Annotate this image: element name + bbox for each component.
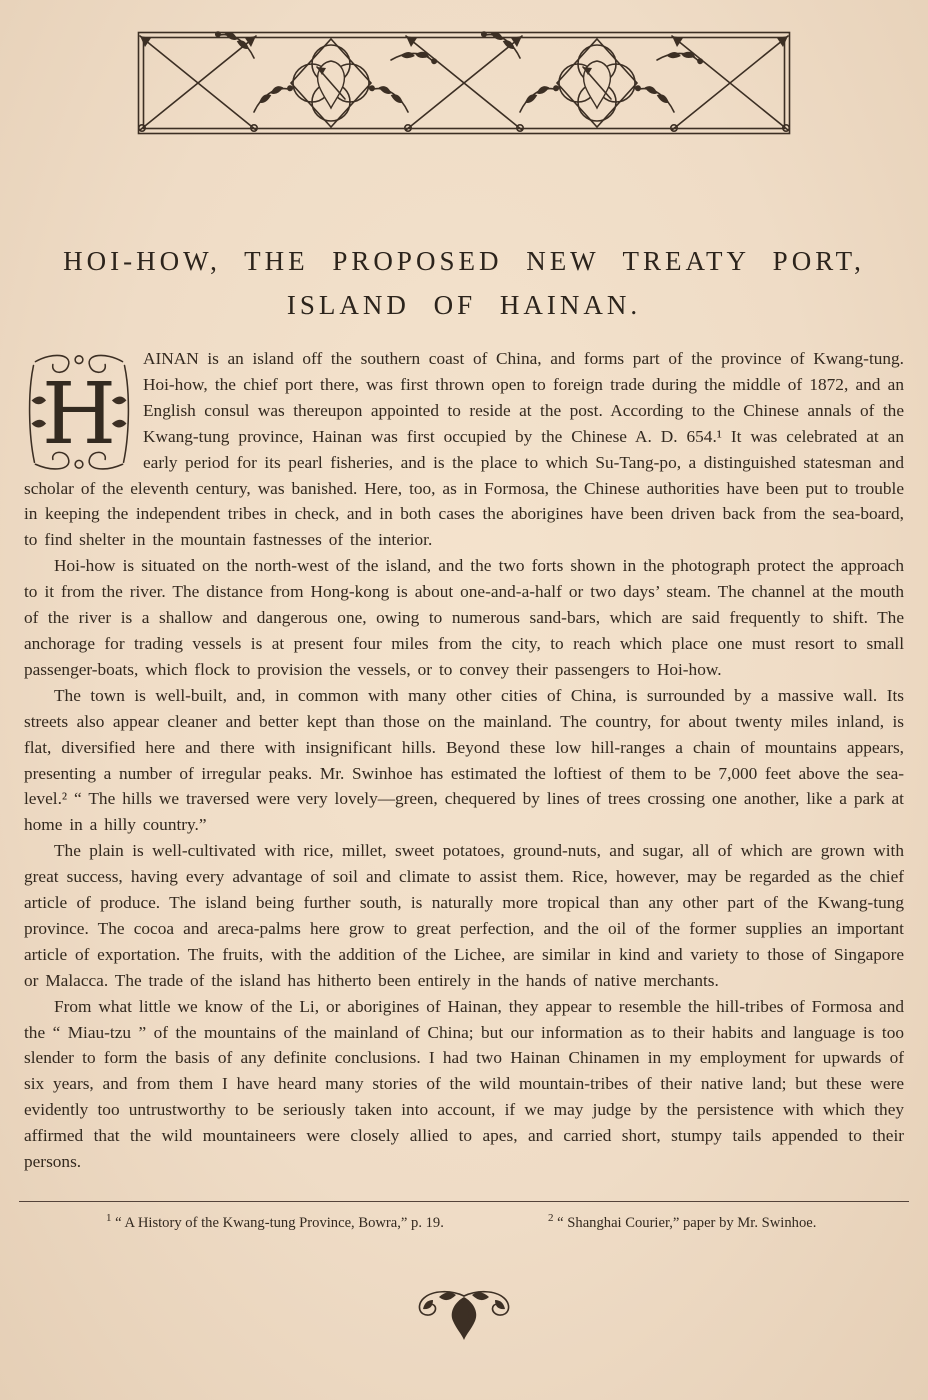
paragraph-5: From what little we know of the Li, or a…: [24, 994, 904, 1175]
paragraph-3: The town is well-built, and, in common w…: [24, 683, 904, 838]
woodcut-band-icon: [136, 30, 792, 136]
footnote-text: “ Shanghai Courier,” paper by Mr. Swinho…: [557, 1215, 816, 1231]
ornate-initial-icon: H: [24, 350, 134, 472]
footnote-marker-1: 1: [106, 1212, 112, 1224]
footnote-divider: [19, 1201, 909, 1202]
acanthus-tailpiece-icon: [408, 1289, 520, 1343]
tailpiece-ornament: [408, 1289, 520, 1343]
footnote-1: 1 “ A History of the Kwang-tung Province…: [106, 1215, 444, 1232]
title-line-1: HOI-HOW, THE PROPOSED NEW TREATY PORT,: [0, 246, 928, 277]
footnote-2: 2 “ Shanghai Courier,” paper by Mr. Swin…: [548, 1215, 816, 1232]
paragraph-text: AINAN is an island off the southern coas…: [24, 349, 904, 549]
article-body: H AINAN is an island off the southern co…: [24, 346, 904, 1175]
paragraph-text: The town is well-built, and, in common w…: [24, 686, 904, 835]
drop-cap-initial: H: [24, 350, 134, 472]
book-page: HOI-HOW, THE PROPOSED NEW TREATY PORT, I…: [0, 0, 928, 1400]
footnote-marker-2: 2: [548, 1212, 554, 1224]
paragraph-1: H AINAN is an island off the southern co…: [24, 346, 904, 553]
footnote-text: “ A History of the Kwang-tung Province, …: [115, 1215, 444, 1231]
paragraph-text: The plain is well-cultivated with rice, …: [24, 841, 904, 990]
title-line-2: ISLAND OF HAINAN.: [0, 290, 928, 321]
page-title: HOI-HOW, THE PROPOSED NEW TREATY PORT, I…: [0, 246, 928, 321]
header-ornament-band: [136, 30, 792, 136]
footnotes: 1 “ A History of the Kwang-tung Province…: [0, 1215, 928, 1243]
drop-cap-letter: H: [42, 365, 116, 464]
paragraph-2: Hoi-how is situated on the north-west of…: [24, 553, 904, 683]
paragraph-4: The plain is well-cultivated with rice, …: [24, 838, 904, 993]
paragraph-text: Hoi-how is situated on the north-west of…: [24, 556, 904, 679]
paragraph-text: From what little we know of the Li, or a…: [24, 997, 904, 1171]
